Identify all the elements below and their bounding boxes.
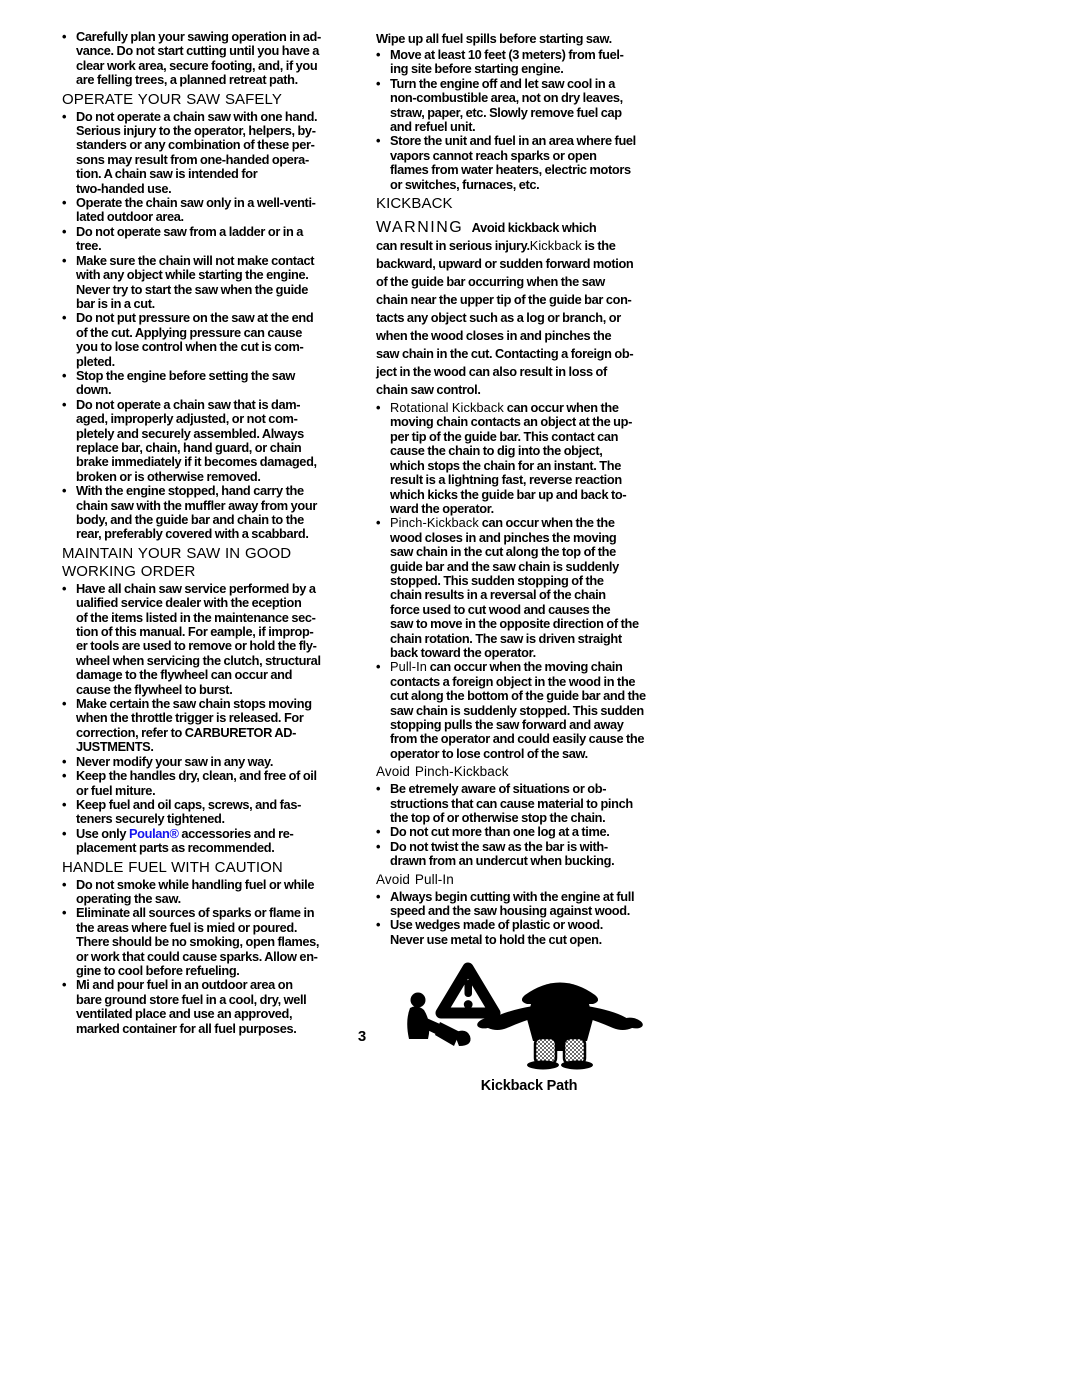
bullet-item: •Never modify your saw in any way.: [62, 755, 367, 769]
bullet-item: •Stop the engine before setting the saw …: [62, 369, 367, 398]
text-run: Make sure the chain will not make contac…: [76, 254, 367, 312]
text-segment: Pull-In: [390, 659, 427, 674]
text-segment: Store the unit and fuel in an area where…: [390, 133, 636, 191]
bullet-item: •Eliminate all sources of sparks or flam…: [62, 906, 367, 978]
bullet-marker: •: [62, 311, 76, 369]
bullet-marker: •: [62, 798, 76, 827]
bullet-marker: •: [62, 225, 76, 254]
sub-heading: Avoid Pinch-Kickback: [376, 763, 688, 781]
text-segment: Pinch-Kickback: [390, 515, 479, 530]
bullet-marker: •: [62, 582, 76, 697]
text-segment: Never modify your saw in any way.: [76, 754, 273, 769]
operator-stance-icon: [476, 983, 644, 1070]
text-run: Stop the engine before setting the saw d…: [76, 369, 367, 398]
text-run: Do not cut more than one log at a time.: [390, 825, 688, 839]
bullet-marker: •: [376, 134, 390, 192]
text-run: Do not smoke while handling fuel or whil…: [76, 878, 367, 907]
text-segment: Move at least 10 feet (3 meters) from fu…: [390, 47, 624, 76]
bullet-item: •Do not operate saw from a ladder or in …: [62, 225, 367, 254]
bullet-item: •Carefully plan your sawing operation in…: [62, 30, 367, 88]
text-segment: Do not smoke while handling fuel or whil…: [76, 877, 314, 906]
text-run: Be etremely aware of situations or ob- s…: [390, 782, 688, 825]
text-segment: Keep the handles dry, clean, and free of…: [76, 768, 317, 797]
text-run: Pull-In can occur when the moving chain …: [390, 660, 688, 761]
bullet-item: •Do not put pressure on the saw at the e…: [62, 311, 367, 369]
sub-heading: Avoid Pull-In: [376, 871, 688, 889]
continuation-paragraph: Wipe up all fuel spills before starting …: [376, 30, 688, 48]
text-run: Move at least 10 feet (3 meters) from fu…: [390, 48, 688, 77]
bullet-marker: •: [62, 398, 76, 484]
kickback-figure: [404, 959, 654, 1076]
bullet-marker: •: [376, 401, 390, 516]
bullet-item: •Be etremely aware of situations or ob- …: [376, 782, 688, 825]
text-run: Keep fuel and oil caps, screws, and fas-…: [76, 798, 367, 827]
text-segment: Do not operate a chain saw that is dam- …: [76, 397, 317, 484]
right-column: Wipe up all fuel spills before starting …: [376, 30, 688, 1094]
text-segment: Mi and pour fuel in an outdoor area on b…: [76, 977, 306, 1035]
text-segment: WARNING: [376, 219, 463, 236]
bullet-marker: •: [62, 769, 76, 798]
figure-caption: Kickback Path: [404, 1078, 654, 1094]
text-run: Wipe up all fuel spills before starting …: [376, 31, 612, 46]
text-run: Do not operate a chain saw with one hand…: [76, 110, 367, 196]
bullet-item: •Turn the engine off and let saw cool in…: [376, 77, 688, 135]
text-segment: Stop the engine before setting the saw d…: [76, 368, 295, 397]
text-segment: Turn the engine off and let saw cool in …: [390, 76, 623, 134]
manual-page: •Carefully plan your sawing operation in…: [0, 0, 1080, 1397]
text-run: Have all chain saw service performed by …: [76, 582, 367, 697]
bullet-item: •Do not smoke while handling fuel or whi…: [62, 878, 367, 907]
bullet-item: •Keep the handles dry, clean, and free o…: [62, 769, 367, 798]
bullet-marker: •: [376, 660, 390, 761]
bullet-marker: •: [62, 697, 76, 755]
bullet-item: •Move at least 10 feet (3 meters) from f…: [376, 48, 688, 77]
text-segment: Use only: [76, 826, 129, 841]
page-number: 3: [62, 1028, 662, 1045]
text-segment: can occur when the the wood closes in an…: [390, 515, 639, 660]
bullet-marker: •: [376, 782, 390, 825]
text-segment: OPERATE YOUR SAW SAFELY: [62, 91, 282, 108]
text-segment: Avoid Pull-In: [376, 872, 454, 887]
bullet-item: •Have all chain saw service performed by…: [62, 582, 367, 697]
bullet-item: •Use only Poulan® accessories and re- pl…: [62, 827, 367, 856]
bullet-item: •With the engine stopped, hand carry the…: [62, 484, 367, 542]
text-segment: Carefully plan your sawing operation in …: [76, 29, 321, 87]
bullet-marker: •: [62, 254, 76, 312]
text-segment: Make certain the saw chain stops moving …: [76, 696, 312, 754]
text-segment: Avoid Pinch-Kickback: [376, 764, 509, 779]
text-run: Make certain the saw chain stops moving …: [76, 697, 367, 755]
bullet-marker: •: [62, 878, 76, 907]
text-run: HANDLE FUEL WITH CAUTION: [62, 859, 283, 876]
bullet-marker: •: [62, 827, 76, 856]
text-run: Do not twist the saw as the bar is with-…: [390, 840, 688, 869]
text-run: Rotational Kickback can occur when the m…: [390, 401, 688, 516]
text-segment: Always begin cutting with the engine at …: [390, 889, 634, 918]
text-run: Turn the engine off and let saw cool in …: [390, 77, 688, 135]
text-run: MAINTAIN YOUR SAW IN GOOD WORKING ORDER: [62, 545, 291, 580]
bullet-item: •Operate the chain saw only in a well-ve…: [62, 196, 367, 225]
text-run: Do not operate saw from a ladder or in a…: [76, 225, 367, 254]
bullet-marker: •: [376, 825, 390, 839]
bullet-item: •Keep fuel and oil caps, screws, and fas…: [62, 798, 367, 827]
text-run: Do not operate a chain saw that is dam- …: [76, 398, 367, 484]
bullet-marker: •: [62, 196, 76, 225]
text-segment: Keep fuel and oil caps, screws, and fas-…: [76, 797, 301, 826]
bullet-item: •Store the unit and fuel in an area wher…: [376, 134, 688, 192]
text-run: Use wedges made of plastic or wood. Neve…: [390, 918, 688, 947]
text-run: Avoid Pinch-Kickback: [376, 764, 509, 779]
text-segment: MAINTAIN YOUR SAW IN GOOD WORKING ORDER: [62, 545, 291, 580]
text-segment: Poulan®: [129, 826, 179, 841]
left-column: •Carefully plan your sawing operation in…: [62, 30, 367, 1036]
text-segment: KICKBACK: [376, 195, 453, 212]
warning-triangle-icon: [441, 968, 495, 1013]
text-run: OPERATE YOUR SAW SAFELY: [62, 91, 282, 108]
text-segment: is the backward, upward or sudden forwar…: [376, 238, 633, 397]
kickback-figure-svg: [404, 959, 654, 1071]
text-segment: can occur when the moving chain contacts…: [390, 659, 646, 760]
bullet-marker: •: [62, 906, 76, 978]
bullet-marker: •: [62, 484, 76, 542]
text-run: Avoid Pull-In: [376, 872, 454, 887]
section-heading: KICKBACK: [376, 195, 688, 213]
text-run: Use only Poulan® accessories and re- pla…: [76, 827, 367, 856]
bullet-marker: •: [62, 755, 76, 769]
bullet-marker: •: [376, 890, 390, 919]
bullet-item: •Always begin cutting with the engine at…: [376, 890, 688, 919]
bullet-item: •Pull-In can occur when the moving chain…: [376, 660, 688, 761]
text-segment: can occur when the moving chain contacts…: [390, 400, 632, 516]
bullet-marker: •: [376, 840, 390, 869]
bullet-item: •Make certain the saw chain stops moving…: [62, 697, 367, 755]
text-segment: Be etremely aware of situations or ob- s…: [390, 781, 633, 825]
text-run: KICKBACK: [376, 195, 453, 212]
bullet-item: •Pinch-Kickback can occur when the the w…: [376, 516, 688, 660]
bullet-item: •Do not operate a chain saw with one han…: [62, 110, 367, 196]
warning-paragraph: WARNING Avoid kickback which can result …: [376, 219, 688, 399]
text-run: Pinch-Kickback can occur when the the wo…: [390, 516, 688, 660]
section-heading: HANDLE FUEL WITH CAUTION: [62, 859, 367, 877]
text-segment: Do not operate a chain saw with one hand…: [76, 109, 317, 196]
text-segment: Kickback: [530, 238, 582, 253]
bullet-item: •Rotational Kickback can occur when the …: [376, 401, 688, 516]
bullet-item: •Do not cut more than one log at a time.: [376, 825, 688, 839]
text-segment: Use wedges made of plastic or wood. Neve…: [390, 917, 603, 946]
text-run: WARNING Avoid kickback which can result …: [376, 220, 633, 397]
text-run: Store the unit and fuel in an area where…: [390, 134, 688, 192]
text-run: Operate the chain saw only in a well-ven…: [76, 196, 367, 225]
two-column-layout: •Carefully plan your sawing operation in…: [62, 30, 688, 1094]
text-segment: Do not put pressure on the saw at the en…: [76, 310, 313, 368]
text-run: Eliminate all sources of sparks or flame…: [76, 906, 367, 978]
bullet-item: •Do not operate a chain saw that is dam-…: [62, 398, 367, 484]
bullet-item: •Use wedges made of plastic or wood. Nev…: [376, 918, 688, 947]
text-segment: Make sure the chain will not make contac…: [76, 253, 314, 311]
text-run: Never modify your saw in any way.: [76, 755, 367, 769]
text-run: Carefully plan your sawing operation in …: [76, 30, 367, 88]
text-segment: Rotational Kickback: [390, 400, 504, 415]
text-segment: Operate the chain saw only in a well-ven…: [76, 195, 316, 224]
bullet-marker: •: [376, 48, 390, 77]
text-segment: Do not operate saw from a ladder or in a…: [76, 224, 303, 253]
bullet-marker: •: [376, 918, 390, 947]
text-segment: Do not twist the saw as the bar is with-…: [390, 839, 614, 868]
bullet-marker: •: [62, 30, 76, 88]
bullet-marker: •: [376, 77, 390, 135]
bullet-item: •Do not twist the saw as the bar is with…: [376, 840, 688, 869]
bullet-marker: •: [62, 110, 76, 196]
text-segment: With the engine stopped, hand carry the …: [76, 483, 317, 541]
bullet-marker: •: [376, 516, 390, 660]
text-run: Keep the handles dry, clean, and free of…: [76, 769, 367, 798]
right-column-text: Wipe up all fuel spills before starting …: [376, 30, 688, 947]
bullet-item: •Make sure the chain will not make conta…: [62, 254, 367, 312]
text-run: Do not put pressure on the saw at the en…: [76, 311, 367, 369]
text-segment: HANDLE FUEL WITH CAUTION: [62, 859, 283, 876]
text-segment: Wipe up all fuel spills before starting …: [376, 31, 612, 46]
section-heading: MAINTAIN YOUR SAW IN GOOD WORKING ORDER: [62, 545, 367, 581]
text-segment: Do not cut more than one log at a time.: [390, 824, 610, 839]
text-run: With the engine stopped, hand carry the …: [76, 484, 367, 542]
text-segment: Have all chain saw service performed by …: [76, 581, 321, 697]
text-segment: Eliminate all sources of sparks or flame…: [76, 905, 319, 978]
text-run: Always begin cutting with the engine at …: [390, 890, 688, 919]
section-heading: OPERATE YOUR SAW SAFELY: [62, 91, 367, 109]
bullet-marker: •: [62, 369, 76, 398]
